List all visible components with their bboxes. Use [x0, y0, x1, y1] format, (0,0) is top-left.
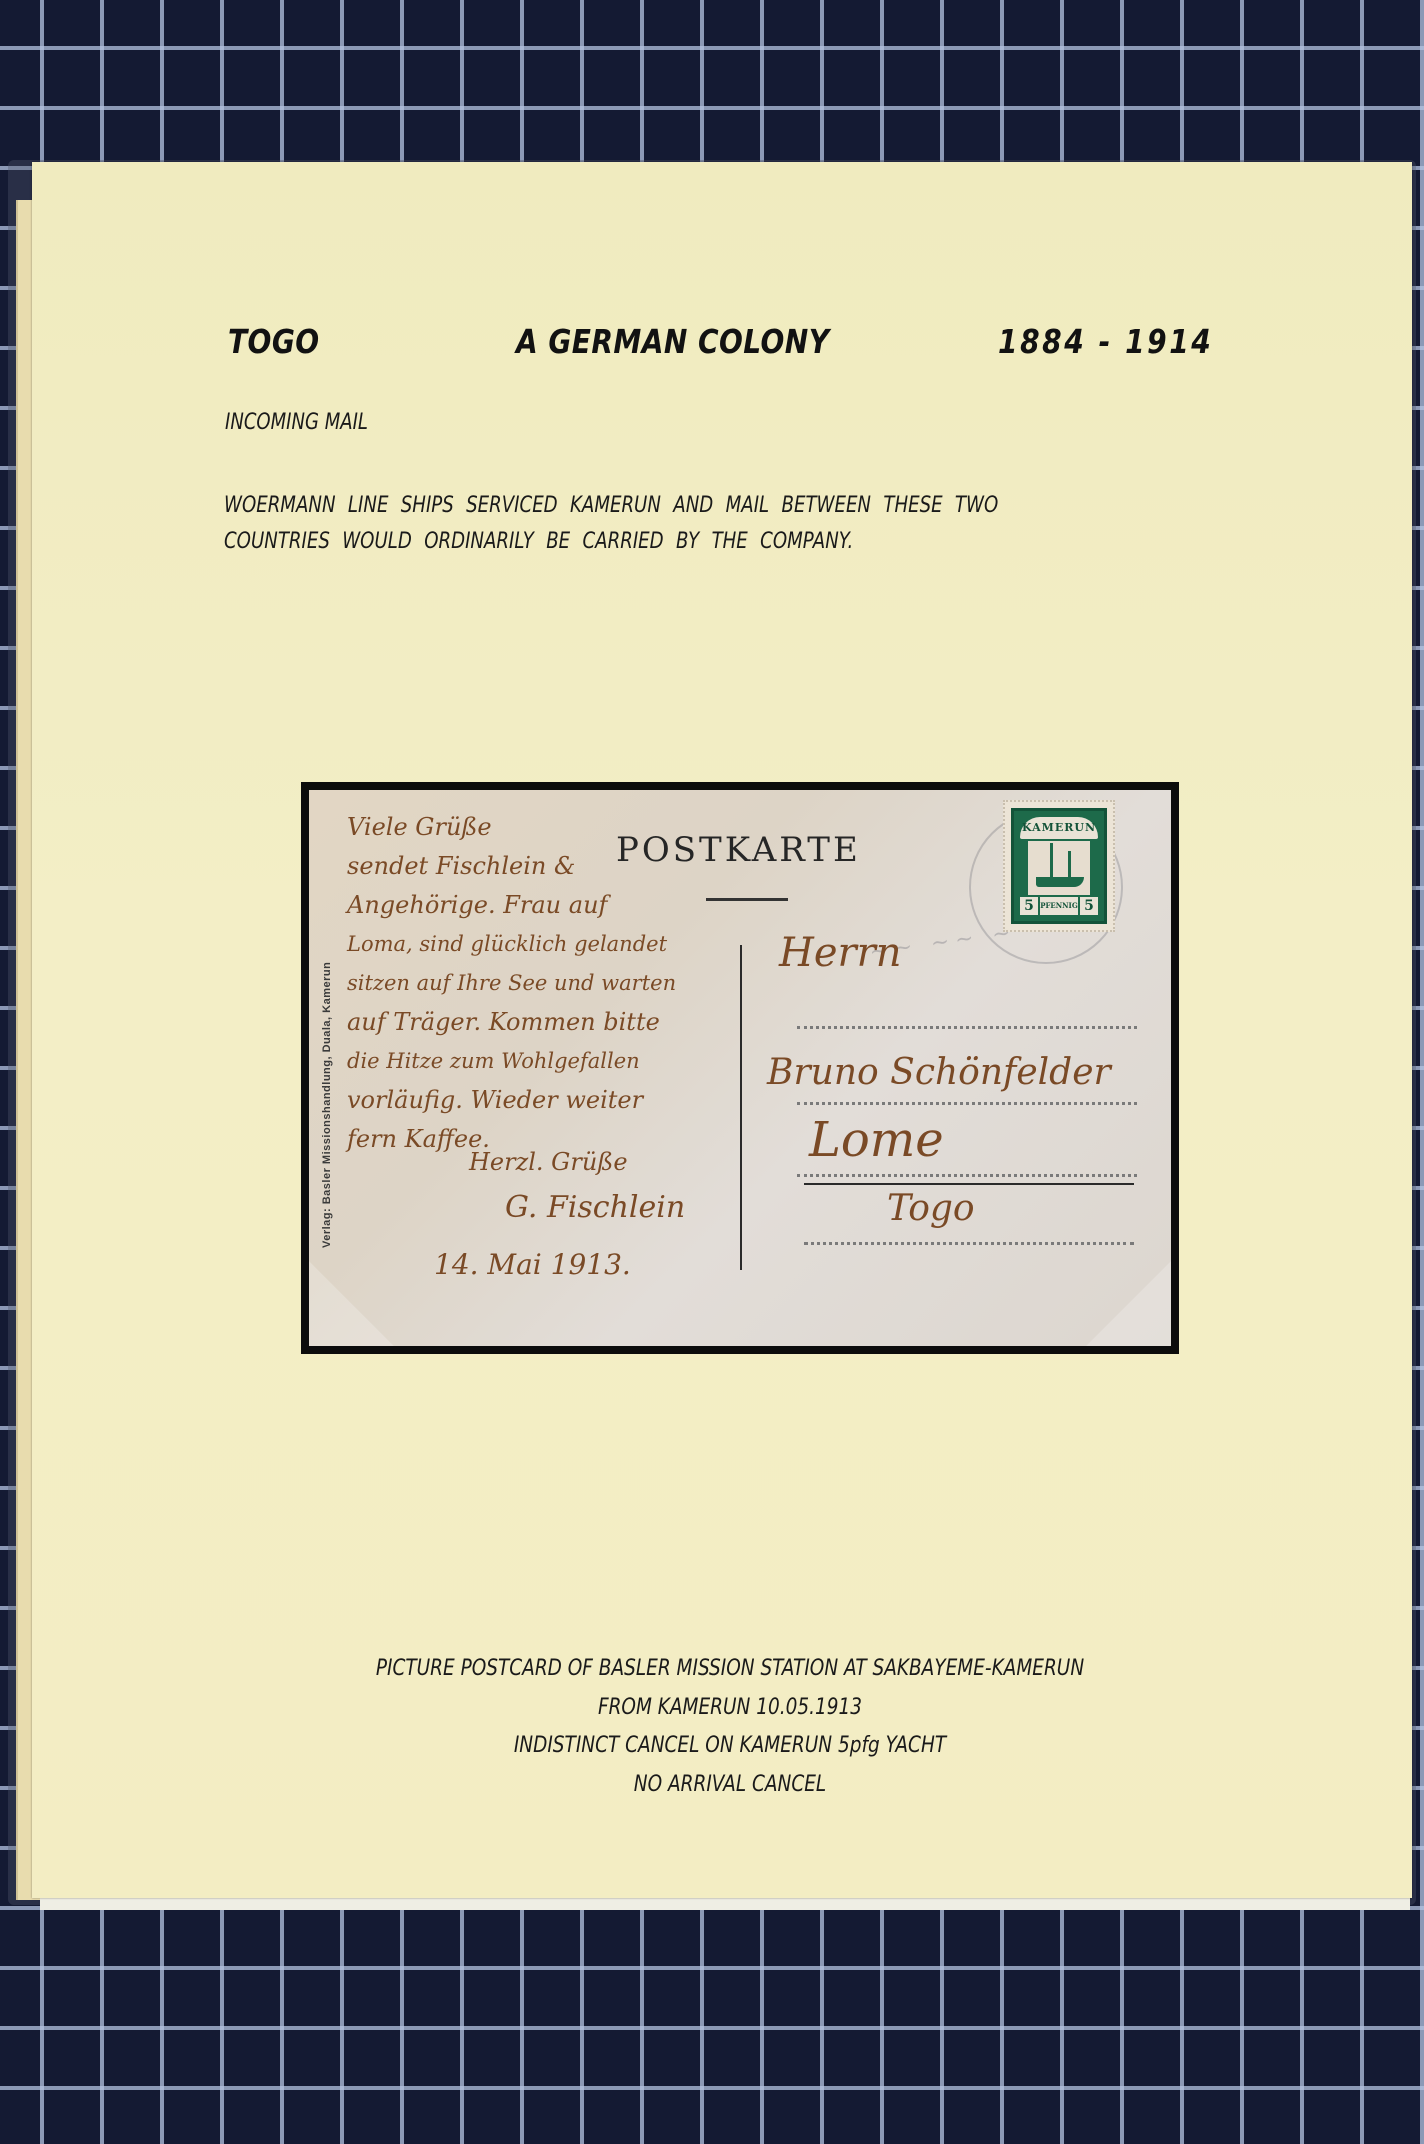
message-line: sendet Fischlein & [347, 847, 747, 886]
yacht-icon [1028, 841, 1090, 895]
address-city: Lome [809, 1112, 944, 1168]
address-line [797, 1174, 1137, 1177]
message-line: Loma, sind glücklich gelandet [347, 925, 747, 964]
message-line: Angehörige. Frau auf [347, 886, 747, 925]
caption-line: PICTURE POSTCARD OF BASLER MISSION STATI… [285, 1650, 1175, 1689]
message-line: auf Träger. Kommen bitte [347, 1003, 747, 1042]
header-country: TOGO [228, 322, 320, 361]
postage-stamp: KAMERUN 5 PFENNIG 5 [1003, 800, 1115, 932]
publisher-imprint: Verlag: Basler Missionshandlung, Duala, … [321, 962, 333, 1248]
photo-corner [309, 1261, 394, 1346]
message-line: vorläufig. Wieder weiter [347, 1081, 747, 1120]
photo-corner [1086, 1261, 1171, 1346]
postcard: POSTKARTE Verlag: Basler Missionshandlun… [309, 790, 1171, 1346]
postcard-mount: POSTKARTE Verlag: Basler Missionshandlun… [301, 782, 1179, 1354]
ship-mast [1050, 843, 1053, 879]
stamp-frame: KAMERUN 5 PFENNIG 5 [1011, 808, 1107, 924]
address-salutation: Herrn [779, 930, 902, 976]
closing-greeting: Herzl. Grüße [469, 1148, 628, 1176]
signature: G. Fischlein [505, 1190, 685, 1225]
stamp-value: 5 [1020, 897, 1038, 915]
ship-mast [1068, 851, 1071, 879]
stamp-denomination: PFENNIG [1040, 897, 1078, 915]
ship-hull [1036, 877, 1084, 887]
address-name: Bruno Schönfelder [767, 1052, 1111, 1093]
handwritten-date: 14. Mai 1913. [434, 1248, 631, 1281]
handwritten-message: Viele Grüße sendet Fischlein & Angehörig… [347, 808, 747, 1159]
address-line [797, 1102, 1137, 1105]
header-title: A GERMAN COLONY [516, 322, 829, 361]
address-underline [804, 1183, 1134, 1185]
intro-line: WOERMANN LINE SHIPS SERVICED KAMERUN AND… [224, 488, 1214, 524]
message-line: Viele Grüße [347, 808, 747, 847]
message-line: die Hitze zum Wohlgefallen [347, 1042, 747, 1081]
item-description: PICTURE POSTCARD OF BASLER MISSION STATI… [200, 1650, 1260, 1804]
address-country: Togo [887, 1188, 975, 1229]
intro-text: WOERMANN LINE SHIPS SERVICED KAMERUN AND… [224, 488, 1214, 560]
header-years: 1884 - 1914 [998, 322, 1213, 361]
message-line: sitzen auf Ihre See und warten [347, 964, 747, 1003]
caption-line: FROM KAMERUN 10.05.1913 [285, 1689, 1175, 1728]
stamp-country: KAMERUN [1020, 817, 1098, 839]
caption-line: INDISTINCT CANCEL ON KAMERUN 5pfg YACHT [285, 1727, 1175, 1766]
address-line [797, 1026, 1137, 1029]
section-subheading: INCOMING MAIL [225, 410, 368, 435]
caption-line: NO ARRIVAL CANCEL [285, 1766, 1175, 1805]
intro-line: COUNTRIES WOULD ORDINARILY BE CARRIED BY… [224, 524, 1214, 560]
stamp-value: 5 [1080, 897, 1098, 915]
address-line [804, 1242, 1134, 1245]
